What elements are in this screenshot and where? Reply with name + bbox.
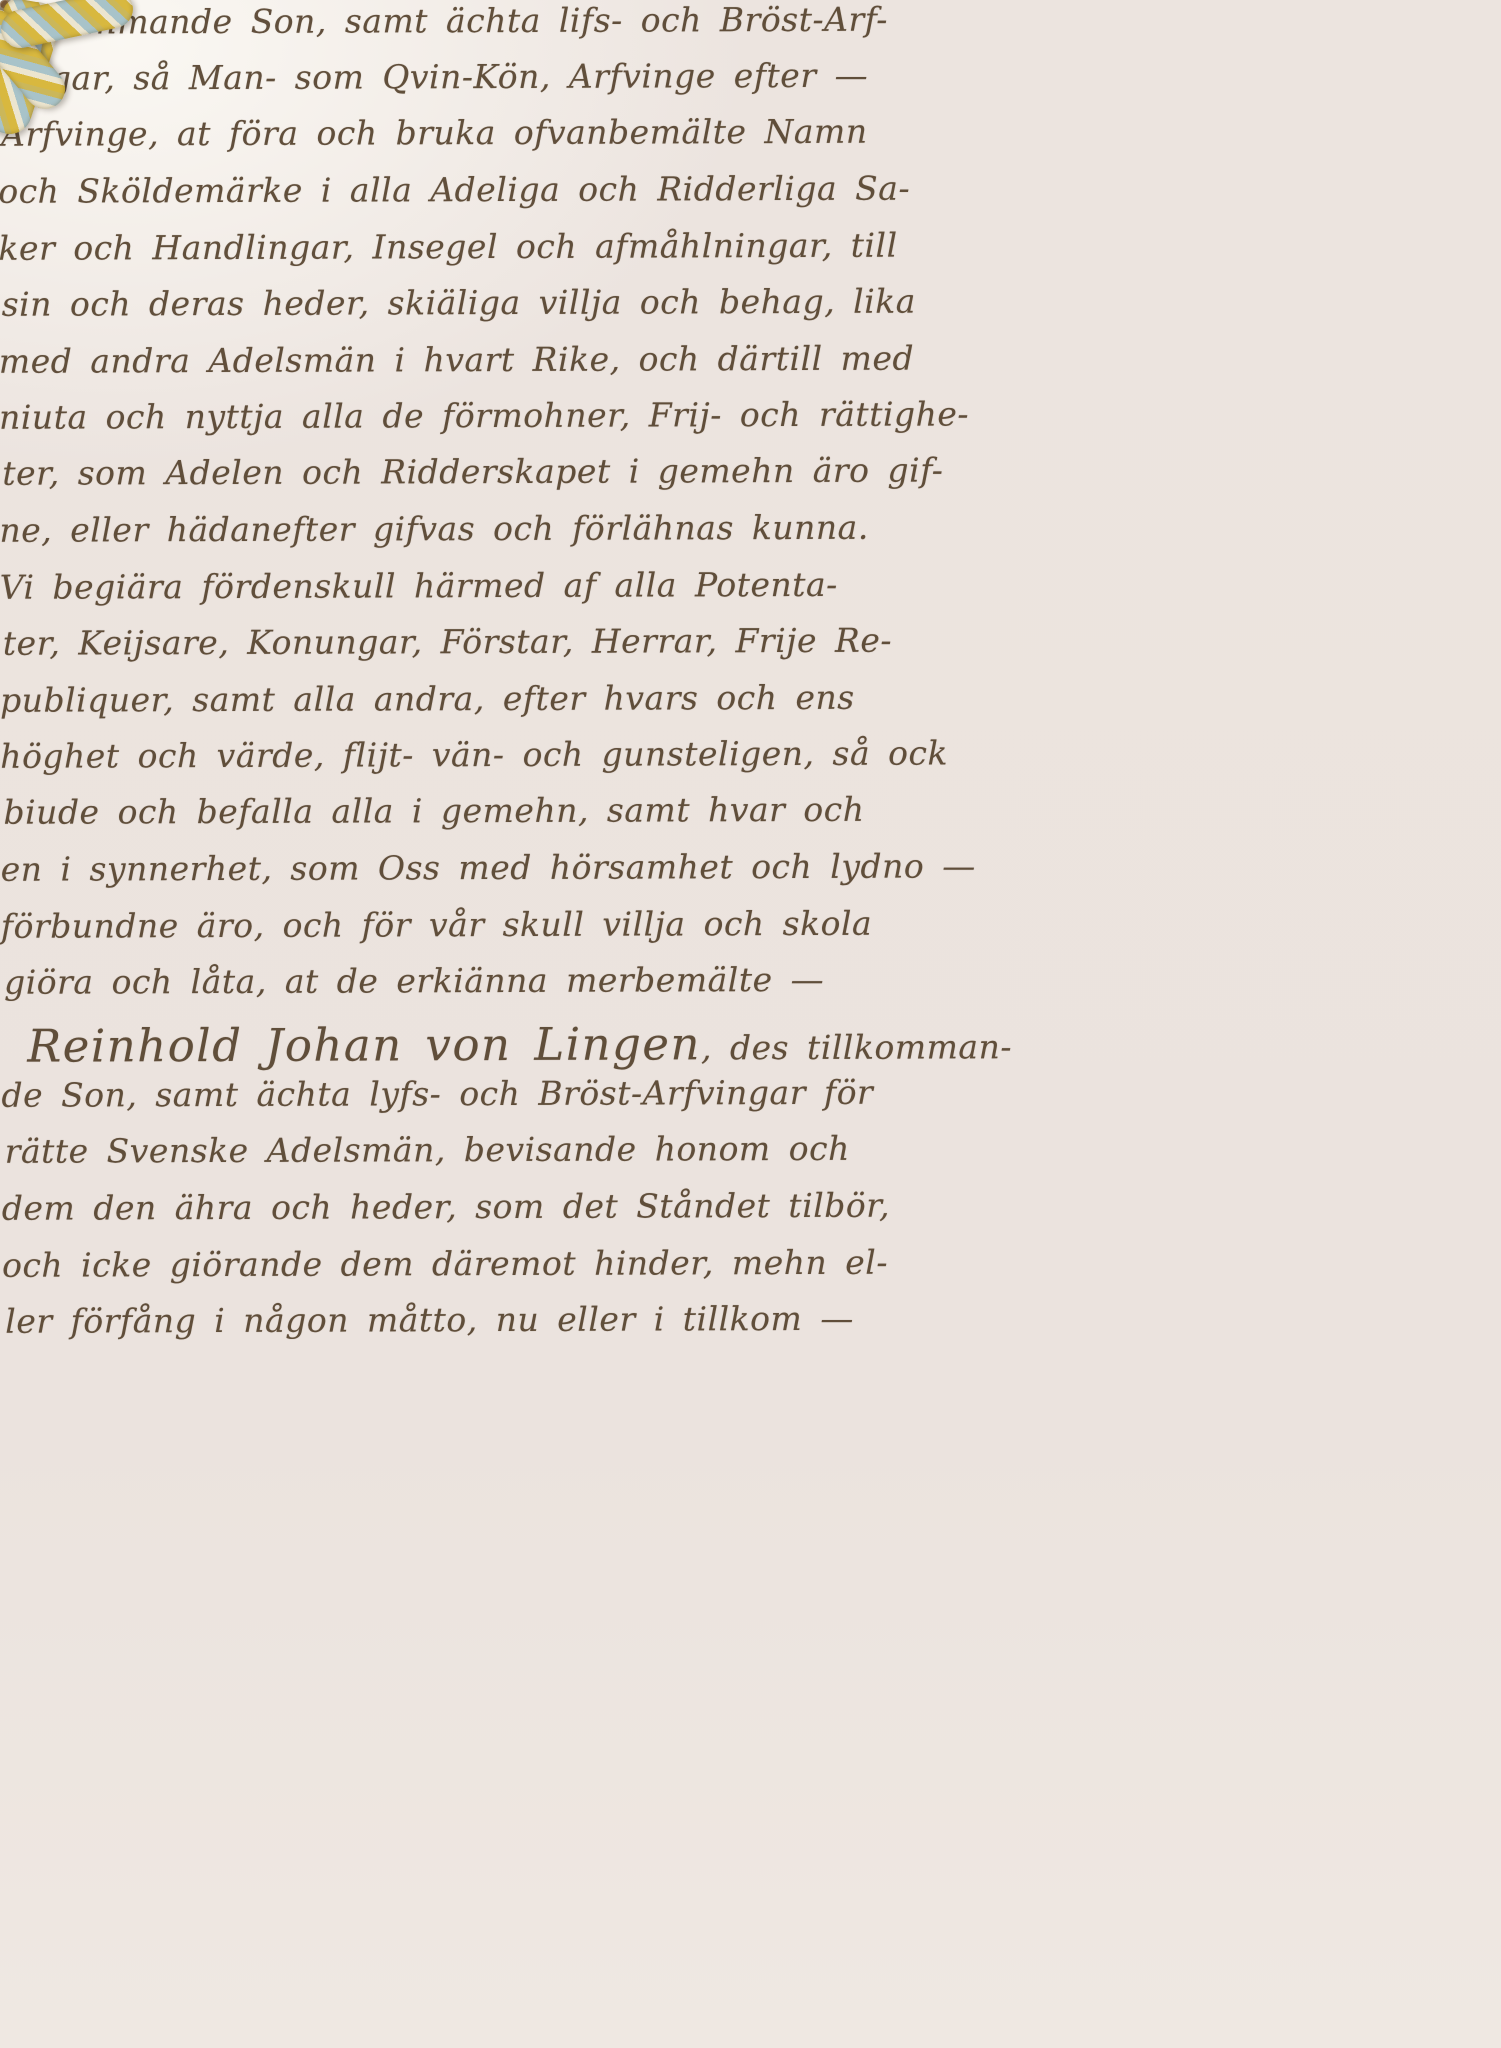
manuscript-line: ler förfång i någon måtto, nu eller i ti…: [5, 1298, 1016, 1358]
manuscript-line: dem den ähra och heder, som det Ståndet …: [2, 1185, 1013, 1245]
manuscript-line: tillkommande Son, samt ächta lifs- och B…: [0, 0, 1009, 59]
manuscript-line: giöra och låta, at de erkiänna merbemält…: [4, 959, 1015, 1019]
manuscript-line: höghet och värde, flijt- vän- och gunste…: [0, 733, 1011, 793]
scanned-book-page: tillkommande Son, samt ächta lifs- och B…: [0, 0, 1501, 2048]
manuscript-line: ker och Handlingar, Insegel och afmåhlni…: [0, 225, 1009, 285]
manuscript-line: ter, som Adelen och Ridderskapet i gemeh…: [2, 450, 1013, 510]
manuscript-line-name: Reinhold Johan von Lingen, des tillkomma…: [1, 1016, 1012, 1076]
manuscript-line: och icke giörande dem däremot hinder, me…: [2, 1242, 1013, 1302]
manuscript-line: ne, eller hädanefter gifvas och förlähna…: [0, 507, 1010, 567]
manuscript-line: de Son, samt ächta lyfs- och Bröst-Arfvi…: [1, 1072, 1012, 1132]
manuscript-line: och Sköldemärke i alla Adeliga och Ridde…: [0, 168, 1009, 228]
name-line-rest: , des tillkomman-: [701, 1027, 1012, 1067]
manuscript-line: biude och befalla alla i gemehn, samt hv…: [3, 789, 1014, 849]
manuscript-line: publiquer, samt alla andra, efter hvars …: [0, 677, 1011, 737]
manuscript-line: förbundne äro, och för vår skull villja …: [1, 903, 1012, 963]
manuscript-line: ter, Keijsare, Konungar, Förstar, Herrar…: [3, 620, 1014, 680]
manuscript-line: med andra Adelsmän i hvart Rike, och där…: [0, 338, 1010, 398]
manuscript-line: Vi begiära fördenskull härmed af alla Po…: [0, 564, 1010, 624]
manuscript-line: vingar, så Man- som Qvin-Kön, Arfvinge e…: [0, 55, 1009, 115]
manuscript-text: tillkommande Son, samt ächta lifs- och B…: [0, 0, 1013, 1358]
manuscript-line: en i synnerhet, som Oss med hörsamhet oc…: [1, 846, 1012, 906]
name-highlight: Reinhold Johan von Lingen: [27, 1017, 701, 1072]
manuscript-line: rätte Svenske Adelsmän, bevisande honom …: [5, 1128, 1016, 1188]
manuscript-line: sin och deras heder, skiäliga villja och…: [2, 281, 1013, 341]
manuscript-line: Arfvinge, at föra och bruka ofvanbemälte…: [1, 111, 1012, 171]
manuscript-line: niuta och nyttja alla de förmohner, Frij…: [0, 394, 1010, 454]
